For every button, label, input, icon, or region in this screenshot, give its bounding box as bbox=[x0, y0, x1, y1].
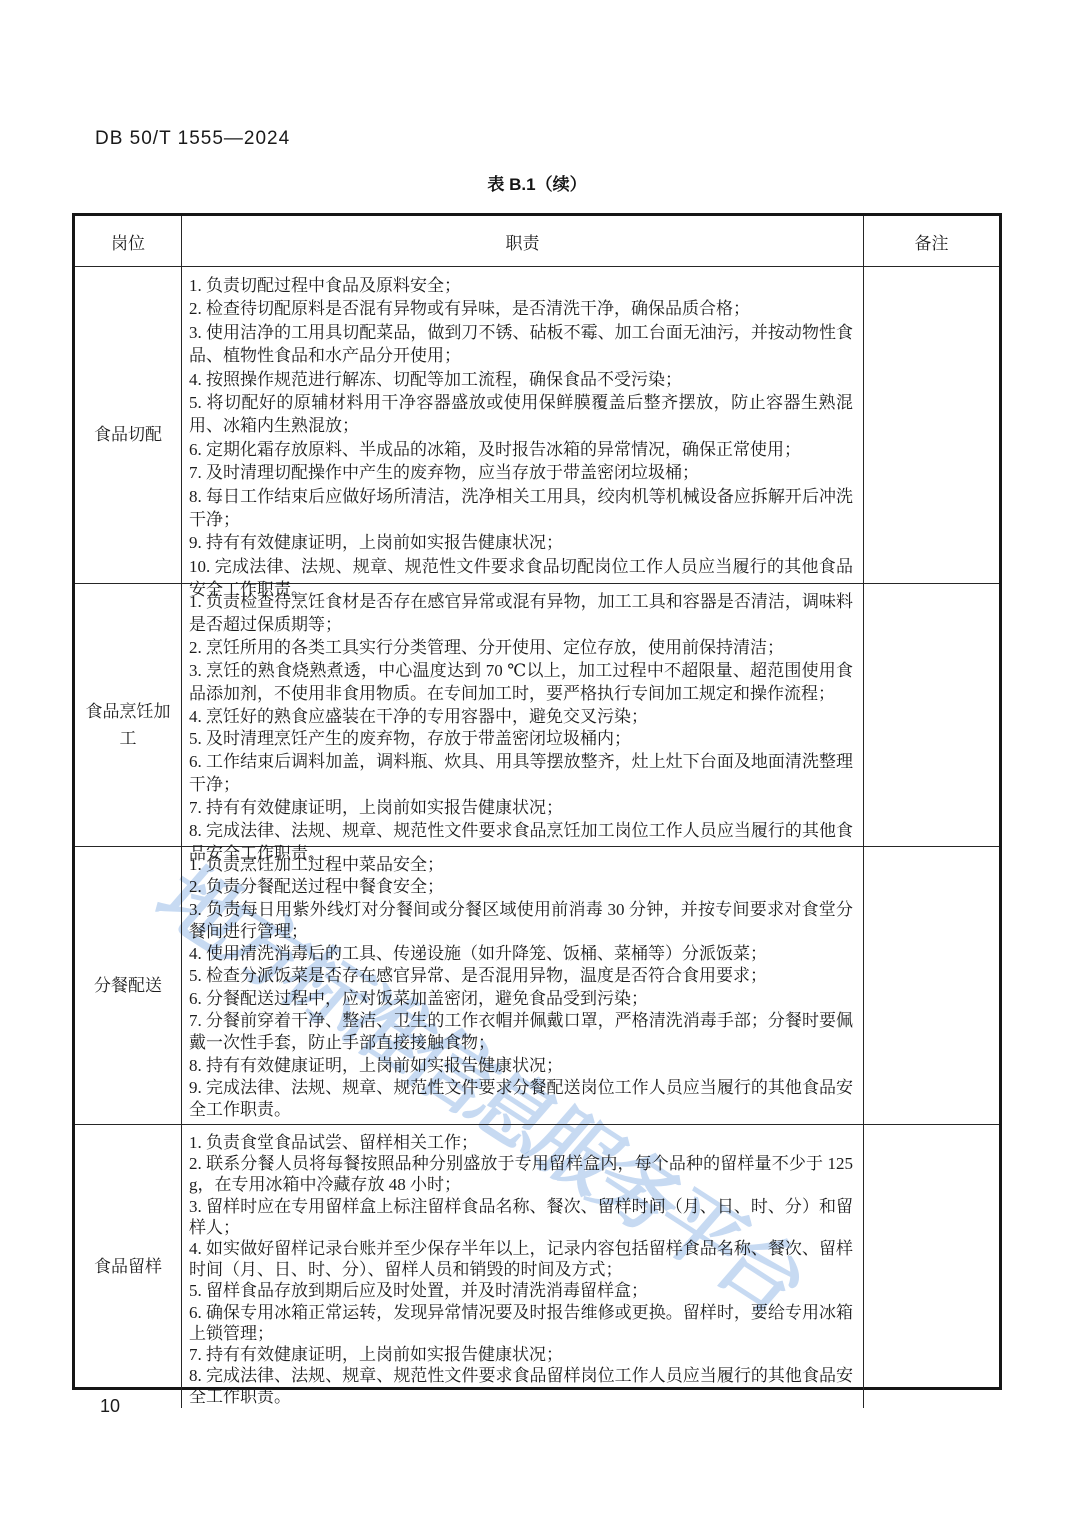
position-label: 食品烹饪加工 bbox=[82, 698, 174, 752]
duty-item: 6. 确保专用冰箱正常运转，发现异常情况要及时报告维修或更换。留样时，要给专用冰… bbox=[189, 1302, 853, 1344]
column-header-duty: 职责 bbox=[181, 216, 863, 266]
position-label: 分餐配送 bbox=[82, 972, 174, 999]
remark-cell bbox=[863, 267, 999, 602]
duty-item: 7. 持有有效健康证明，上岗前如实报告健康状况； bbox=[189, 797, 853, 820]
position-cell: 分餐配送 bbox=[75, 847, 181, 1124]
duty-item: 9. 持有有效健康证明，上岗前如实报告健康状况； bbox=[189, 531, 853, 554]
duty-item: 1. 负责切配过程中食品及原料安全； bbox=[189, 274, 853, 297]
duty-item: 4. 按照操作规范进行解冻、切配等加工流程，确保食品不受污染； bbox=[189, 368, 853, 391]
duty-item: 9. 完成法律、法规、规章、规范性文件要求分餐配送岗位工作人员应当履行的其他食品… bbox=[189, 1077, 853, 1122]
duty-item: 5. 将切配好的原辅材料用干净容器盛放或使用保鲜膜覆盖后整齐摆放，防止容器生熟混… bbox=[189, 391, 853, 438]
duty-item: 2. 检查待切配原料是否混有异物或有异味，是否清洗干净，确保品质合格； bbox=[189, 297, 853, 320]
remark-cell bbox=[863, 847, 999, 1124]
duties-cell: 1. 负责烹饪加工过程中菜品安全；2. 负责分餐配送过程中餐食安全；3. 负责每… bbox=[181, 847, 863, 1124]
duty-item: 2. 烹饪所用的各类工具实行分类管理、分开使用、定位存放，使用前保持清洁； bbox=[189, 637, 853, 660]
duty-item: 6. 定期化霜存放原料、半成品的冰箱，及时报告冰箱的异常情况，确保正常使用； bbox=[189, 438, 853, 461]
position-label: 食品留样 bbox=[82, 1253, 174, 1280]
table-row: 分餐配送 1. 负责烹饪加工过程中菜品安全；2. 负责分餐配送过程中餐食安全；3… bbox=[75, 846, 999, 1124]
duty-item: 8. 每日工作结束后应做好场所清洁，洗净相关工用具，绞肉机等机械设备应拆解开后冲… bbox=[189, 485, 853, 532]
position-cell: 食品留样 bbox=[75, 1125, 181, 1408]
duties-cell: 1. 负责食堂食品试尝、留样相关工作；2. 联系分餐人员将每餐按照品种分别盛放于… bbox=[181, 1125, 863, 1408]
duty-item: 7. 及时清理切配操作中产生的废弃物，应当存放于带盖密闭垃圾桶； bbox=[189, 461, 853, 484]
duty-item: 6. 工作结束后调料加盖，调料瓶、炊具、用具等摆放整齐，灶上灶下台面及地面清洗整… bbox=[189, 751, 853, 797]
table-row: 食品烹饪加工 1. 负责检查待烹饪食材是否存在感官异常或混有异物，加工工具和容器… bbox=[75, 583, 999, 846]
page-number: 10 bbox=[100, 1396, 120, 1417]
duty-item: 4. 烹饪好的熟食应盛装在干净的专用容器中，避免交叉污染； bbox=[189, 706, 853, 729]
duty-item: 7. 分餐前穿着干净、整洁、卫生的工作衣帽并佩戴口罩，严格清洗消毒手部；分餐时要… bbox=[189, 1010, 853, 1055]
duty-item: 4. 使用清洗消毒后的工具、传递设施（如升降笼、饭桶、菜桶等）分派饭菜； bbox=[189, 943, 853, 965]
duty-item: 1. 负责烹饪加工过程中菜品安全； bbox=[189, 854, 853, 876]
table-row: 食品切配 1. 负责切配过程中食品及原料安全；2. 检查待切配原料是否混有异物或… bbox=[75, 266, 999, 583]
position-label: 食品切配 bbox=[82, 421, 174, 448]
duty-item: 5. 留样食品存放到期后应及时处置，并及时清洗消毒留样盒； bbox=[189, 1280, 853, 1301]
duty-item: 8. 持有有效健康证明，上岗前如实报告健康状况； bbox=[189, 1055, 853, 1077]
duty-item: 3. 负责每日用紫外线灯对分餐间或分餐区域使用前消毒 30 分钟，并按专间要求对… bbox=[189, 899, 853, 944]
duty-item: 4. 如实做好留样记录台账并至少保存半年以上，记录内容包括留样食品名称、餐次、留… bbox=[189, 1238, 853, 1280]
duty-item: 7. 持有有效健康证明，上岗前如实报告健康状况； bbox=[189, 1344, 853, 1365]
duty-item: 3. 留样时应在专用留样盒上标注留样食品名称、餐次、留样时间（月、日、时、分）和… bbox=[189, 1196, 853, 1238]
duties-table: 岗位 职责 备注 食品切配 1. 负责切配过程中食品及原料安全；2. 检查待切配… bbox=[72, 213, 1002, 1390]
duty-item: 2. 负责分餐配送过程中餐食安全； bbox=[189, 876, 853, 898]
duty-item: 2. 联系分餐人员将每餐按照品种分别盛放于专用留样盒内，每个品种的留样量不少于 … bbox=[189, 1153, 853, 1195]
duty-item: 5. 及时清理烹饪产生的废弃物，存放于带盖密闭垃圾桶内； bbox=[189, 728, 853, 751]
duty-item: 8. 完成法律、法规、规章、规范性文件要求食品留样岗位工作人员应当履行的其他食品… bbox=[189, 1365, 853, 1407]
position-cell: 食品烹饪加工 bbox=[75, 584, 181, 866]
duties-cell: 1. 负责切配过程中食品及原料安全；2. 检查待切配原料是否混有异物或有异味，是… bbox=[181, 267, 863, 602]
duty-item: 3. 烹饪的熟食烧熟煮透，中心温度达到 70 ℃以上，加工过程中不超限量、超范围… bbox=[189, 660, 853, 706]
remark-cell bbox=[863, 584, 999, 866]
duty-item: 1. 负责食堂食品试尝、留样相关工作； bbox=[189, 1132, 853, 1153]
table-header-row: 岗位 职责 备注 bbox=[75, 216, 999, 266]
duties-cell: 1. 负责检查待烹饪食材是否存在感官异常或混有异物，加工工具和容器是否清洁，调味… bbox=[181, 584, 863, 866]
remark-cell bbox=[863, 1125, 999, 1408]
table-title: 表 B.1（续） bbox=[72, 170, 1002, 195]
column-header-position: 岗位 bbox=[75, 216, 181, 266]
document-page: 地方标准信息服务平台 DB 50/T 1555—2024 表 B.1（续） 岗位… bbox=[0, 0, 1074, 1520]
standard-number: DB 50/T 1555—2024 bbox=[95, 128, 290, 150]
table-row: 食品留样 1. 负责食堂食品试尝、留样相关工作；2. 联系分餐人员将每餐按照品种… bbox=[75, 1124, 999, 1387]
duty-item: 3. 使用洁净的工用具切配菜品，做到刀不锈、砧板不霉、加工台面无油污，并按动物性… bbox=[189, 321, 853, 368]
column-header-remark: 备注 bbox=[863, 216, 999, 266]
position-cell: 食品切配 bbox=[75, 267, 181, 602]
duty-item: 1. 负责检查待烹饪食材是否存在感官异常或混有异物，加工工具和容器是否清洁，调味… bbox=[189, 591, 853, 637]
duty-item: 6. 分餐配送过程中，应对饭菜加盖密闭，避免食品受到污染； bbox=[189, 988, 853, 1010]
duty-item: 5. 检查分派饭菜是否存在感官异常、是否混用异物，温度是否符合食用要求； bbox=[189, 965, 853, 987]
